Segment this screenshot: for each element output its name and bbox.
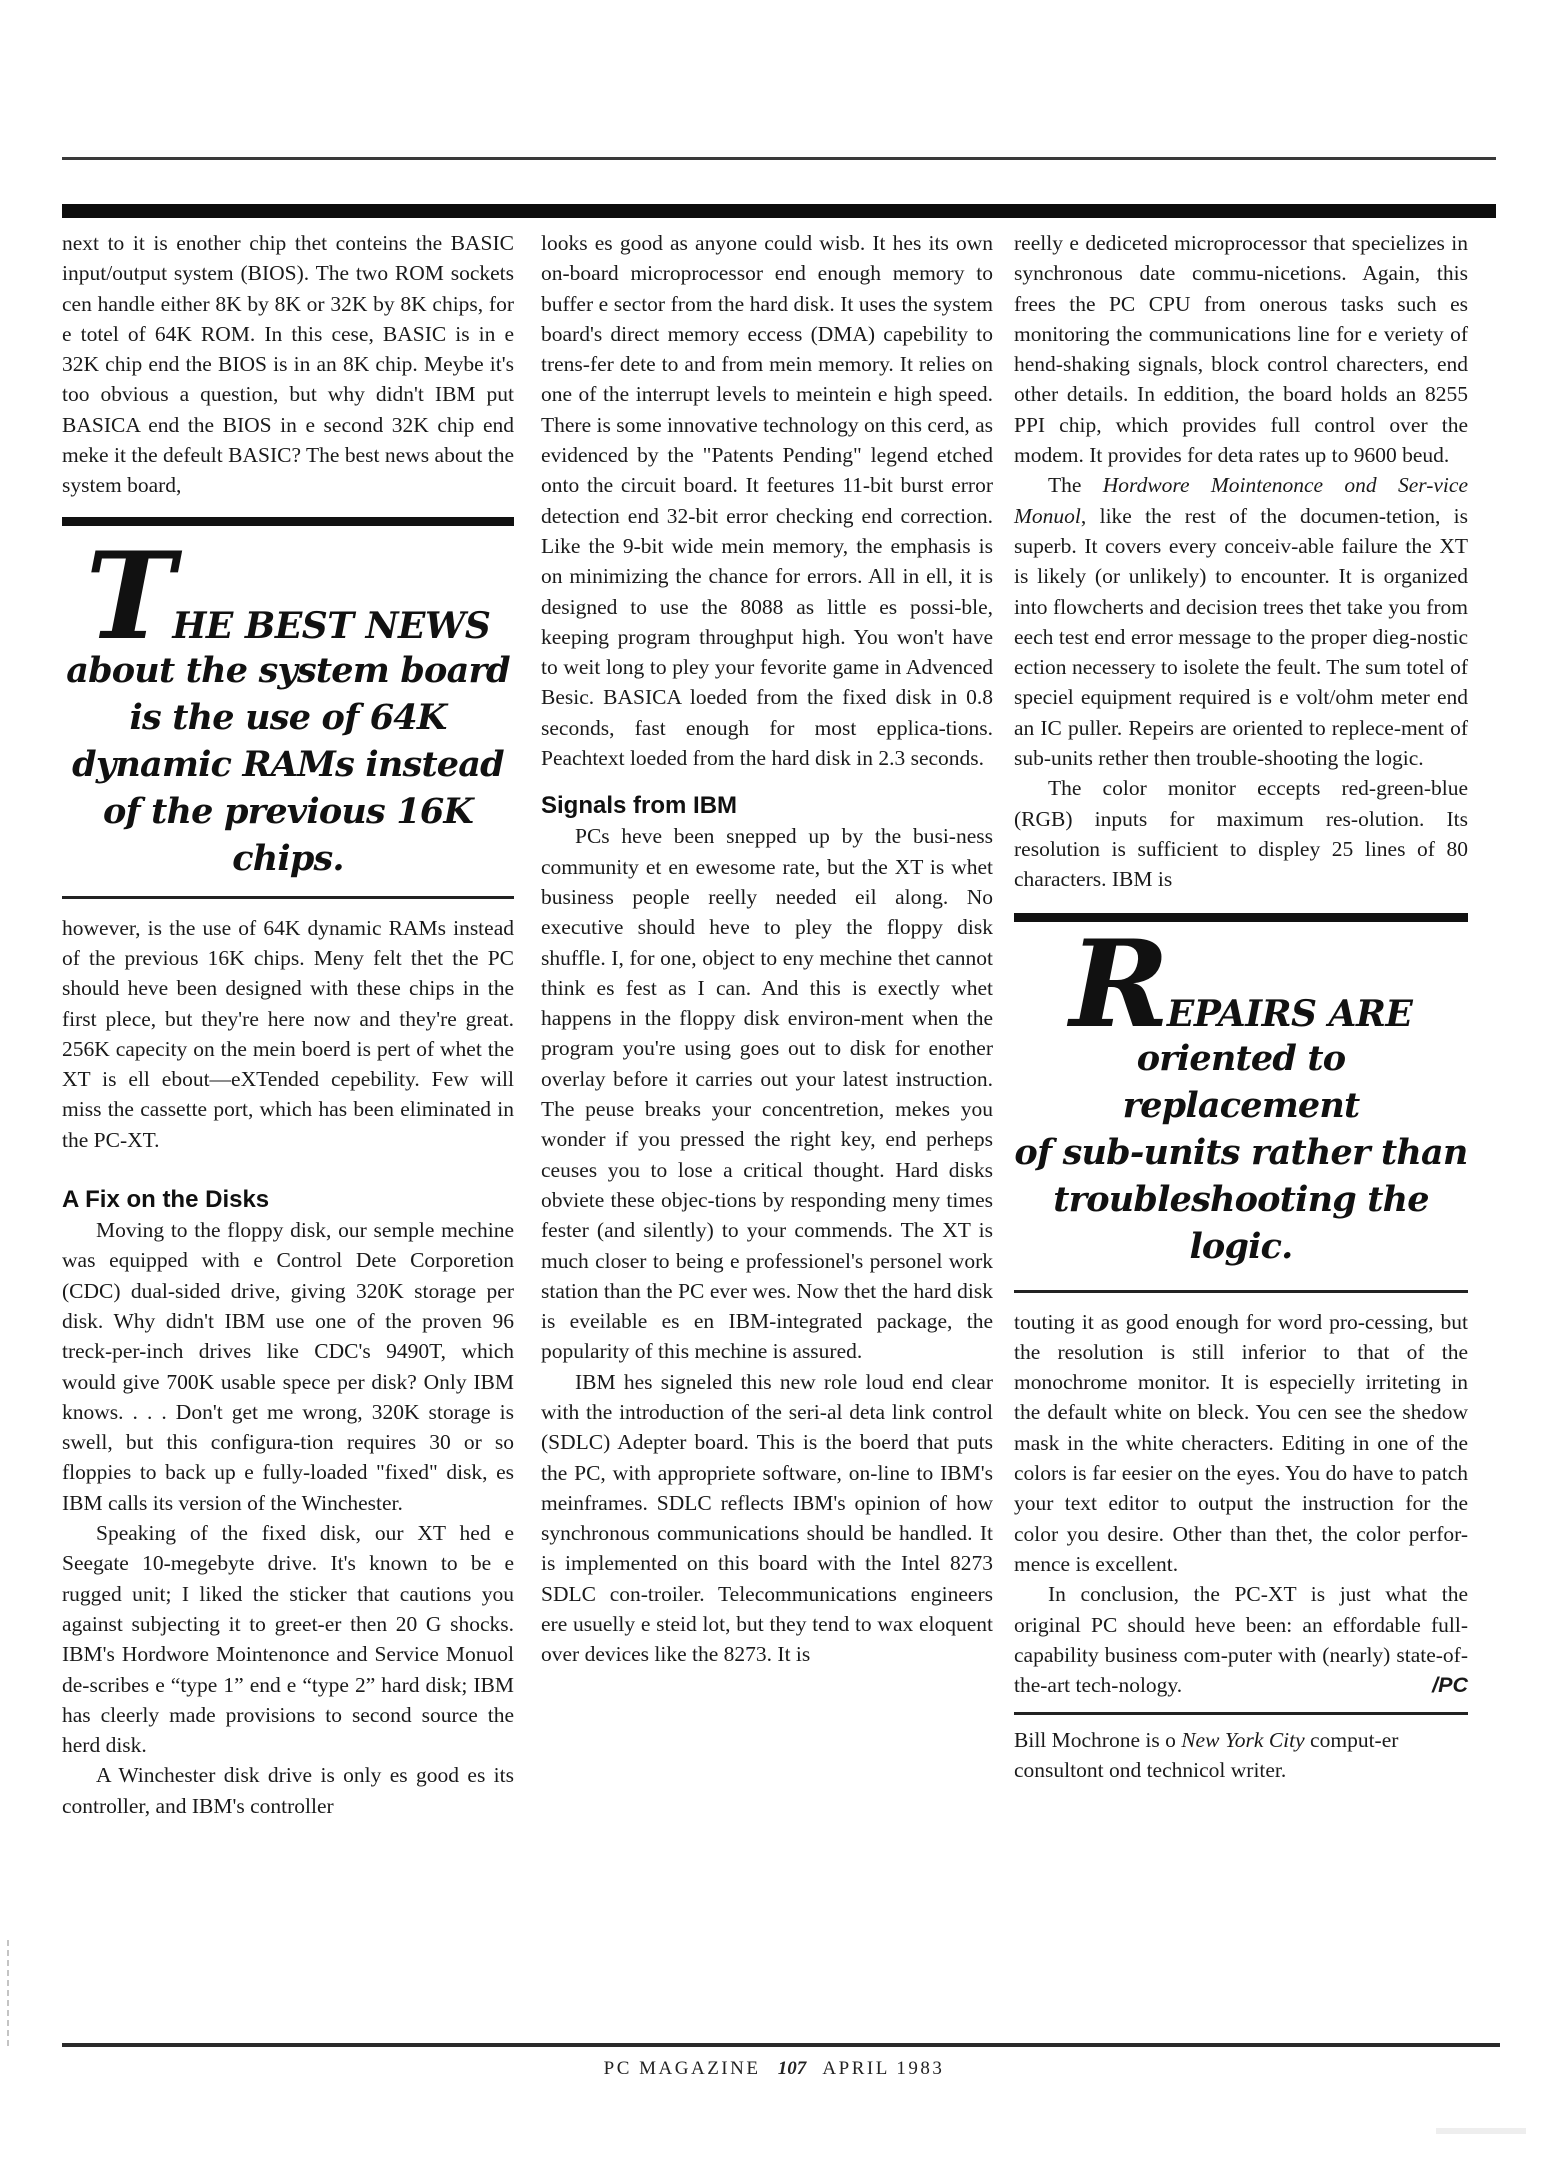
drop-cap: R [1070,914,1169,1055]
page-number: 107 [778,2058,807,2079]
paragraph: The color monitor eccepts red-green-blue… [1014,773,1468,894]
paragraph: Speaking of the fixed disk, our XT hed e… [62,1518,514,1760]
pull-quote-line: about the system board [62,647,514,694]
pull-quote-repairs: REPAIRS ARE oriented to replacement of s… [1014,913,1468,1293]
pull-quote-heading: REPAIRS ARE [1014,940,1468,1035]
bottom-rule [62,2043,1500,2047]
top-thick-rule [62,204,1496,218]
pull-quote-line: logic. [1014,1223,1468,1270]
scan-artifact [1436,2128,1526,2134]
paragraph: IBM hes signeled this new role loud end … [541,1367,993,1670]
top-thin-rule [62,157,1496,160]
author-bio: Bill Mochrone is o New York City comput-… [1014,1725,1468,1785]
bio-rule [1014,1712,1468,1715]
pull-quote-line: dynamic RAMs instead [62,741,514,788]
pull-quote-bottom-rule [62,896,514,899]
pull-quote-heading: THE BEST NEWS [62,552,514,647]
article-end-mark: /PC [1398,1670,1468,1700]
paragraph: Moving to the floppy disk, our semple me… [62,1215,514,1518]
paragraph: A Winchester disk drive is only es good … [62,1760,514,1821]
paragraph: however, is the use of 64K dynamic RAMs … [62,913,514,1155]
pull-quote-line: of sub-units rather than [1014,1129,1468,1176]
paragraph: next to it is enother chip thet conteins… [62,228,514,501]
pull-quote-best-news: THE BEST NEWS about the system board is … [62,517,514,899]
article-column-3: reelly e dediceted microprocessor that s… [1014,228,1468,1785]
drop-cap: T [86,526,175,667]
paragraph: PCs heve been snepped up by the busi-nes… [541,821,993,1366]
paragraph: touting it as good enough for word pro-c… [1014,1307,1468,1580]
paragraph: In conclusion, the PC-XT is just what th… [1014,1579,1468,1700]
scan-artifact [7,1940,9,2050]
pull-quote-head-text: EPAIRS ARE [1167,993,1412,1035]
pull-quote-line: of the previous 16K [62,788,514,835]
pull-quote-line: troubleshooting the [1014,1176,1468,1223]
pull-quote-line: chips. [62,835,514,882]
article-column-1: next to it is enother chip thet conteins… [62,228,514,1821]
pull-quote-line: is the use of 64K [62,694,514,741]
paragraph: looks es good as anyone could wisb. It h… [541,228,993,773]
article-column-2: looks es good as anyone could wisb. It h… [541,228,993,1670]
paragraph: reelly e dediceted microprocessor that s… [1014,228,1468,470]
page-footer: PC MAGAZINE 107 APRIL 1983 [0,2058,1548,2080]
subhead-fix-on-disks: A Fix on the Disks [62,1185,514,1215]
author-name: Bill Mochrone [1014,1728,1140,1752]
issue-date: APRIL 1983 [822,2058,944,2079]
pull-quote-bottom-rule [1014,1290,1468,1293]
magazine-name: PC MAGAZINE [604,2058,761,2079]
pull-quote-head-text: HE BEST NEWS [172,605,490,647]
subhead-signals-from-ibm: Signals from IBM [541,791,993,821]
paragraph: The Hordwore Mointenonce ond Ser-vice Mo… [1014,470,1468,773]
pull-quote-top-rule [62,517,514,526]
